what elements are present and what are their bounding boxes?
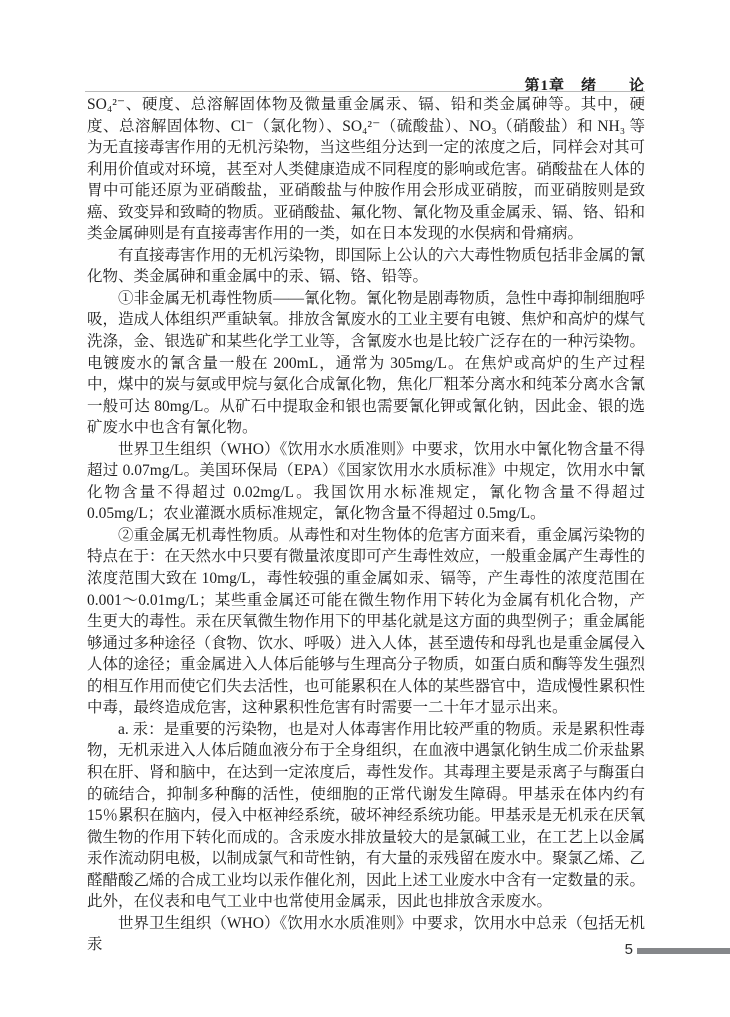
book-page: 第1章 绪 论 SO₄²⁻、硬度、总溶解固体物及微量重金属汞、镉、铅和类金属砷等…	[0, 0, 730, 1017]
paragraph: a. 汞：是重要的污染物，也是对人体毒害作用比较严重的物质。汞是累积性毒物，无机…	[87, 719, 645, 913]
paragraph: 世界卫生组织（WHO）《饮用水水质准则》中要求，饮用水中氰化物含量不得超过 0.…	[87, 439, 645, 525]
header-rule	[85, 91, 645, 92]
paragraph-continuation: SO₄²⁻、硬度、总溶解固体物及微量重金属汞、镉、铅和类金属砷等。其中，硬度、总…	[87, 94, 645, 245]
paragraph: 有直接毒害作用的无机污染物，即国际上公认的六大毒性物质包括非金属的氰化物、类金属…	[87, 245, 645, 288]
page-number: 5	[619, 941, 633, 958]
paragraph: ①非金属无机毒性物质——氰化物。氰化物是剧毒物质，急性中毒抑制细胞呼吸，造成人体…	[87, 288, 645, 439]
page-footer: 5	[0, 941, 730, 963]
body-text: SO₄²⁻、硬度、总溶解固体物及微量重金属汞、镉、铅和类金属砷等。其中，硬度、总…	[87, 94, 645, 956]
paragraph: ②重金属无机毒性物质。从毒性和对生物体的危害方面来看，重金属污染物的特点在于：在…	[87, 525, 645, 719]
footer-bar	[637, 948, 730, 954]
